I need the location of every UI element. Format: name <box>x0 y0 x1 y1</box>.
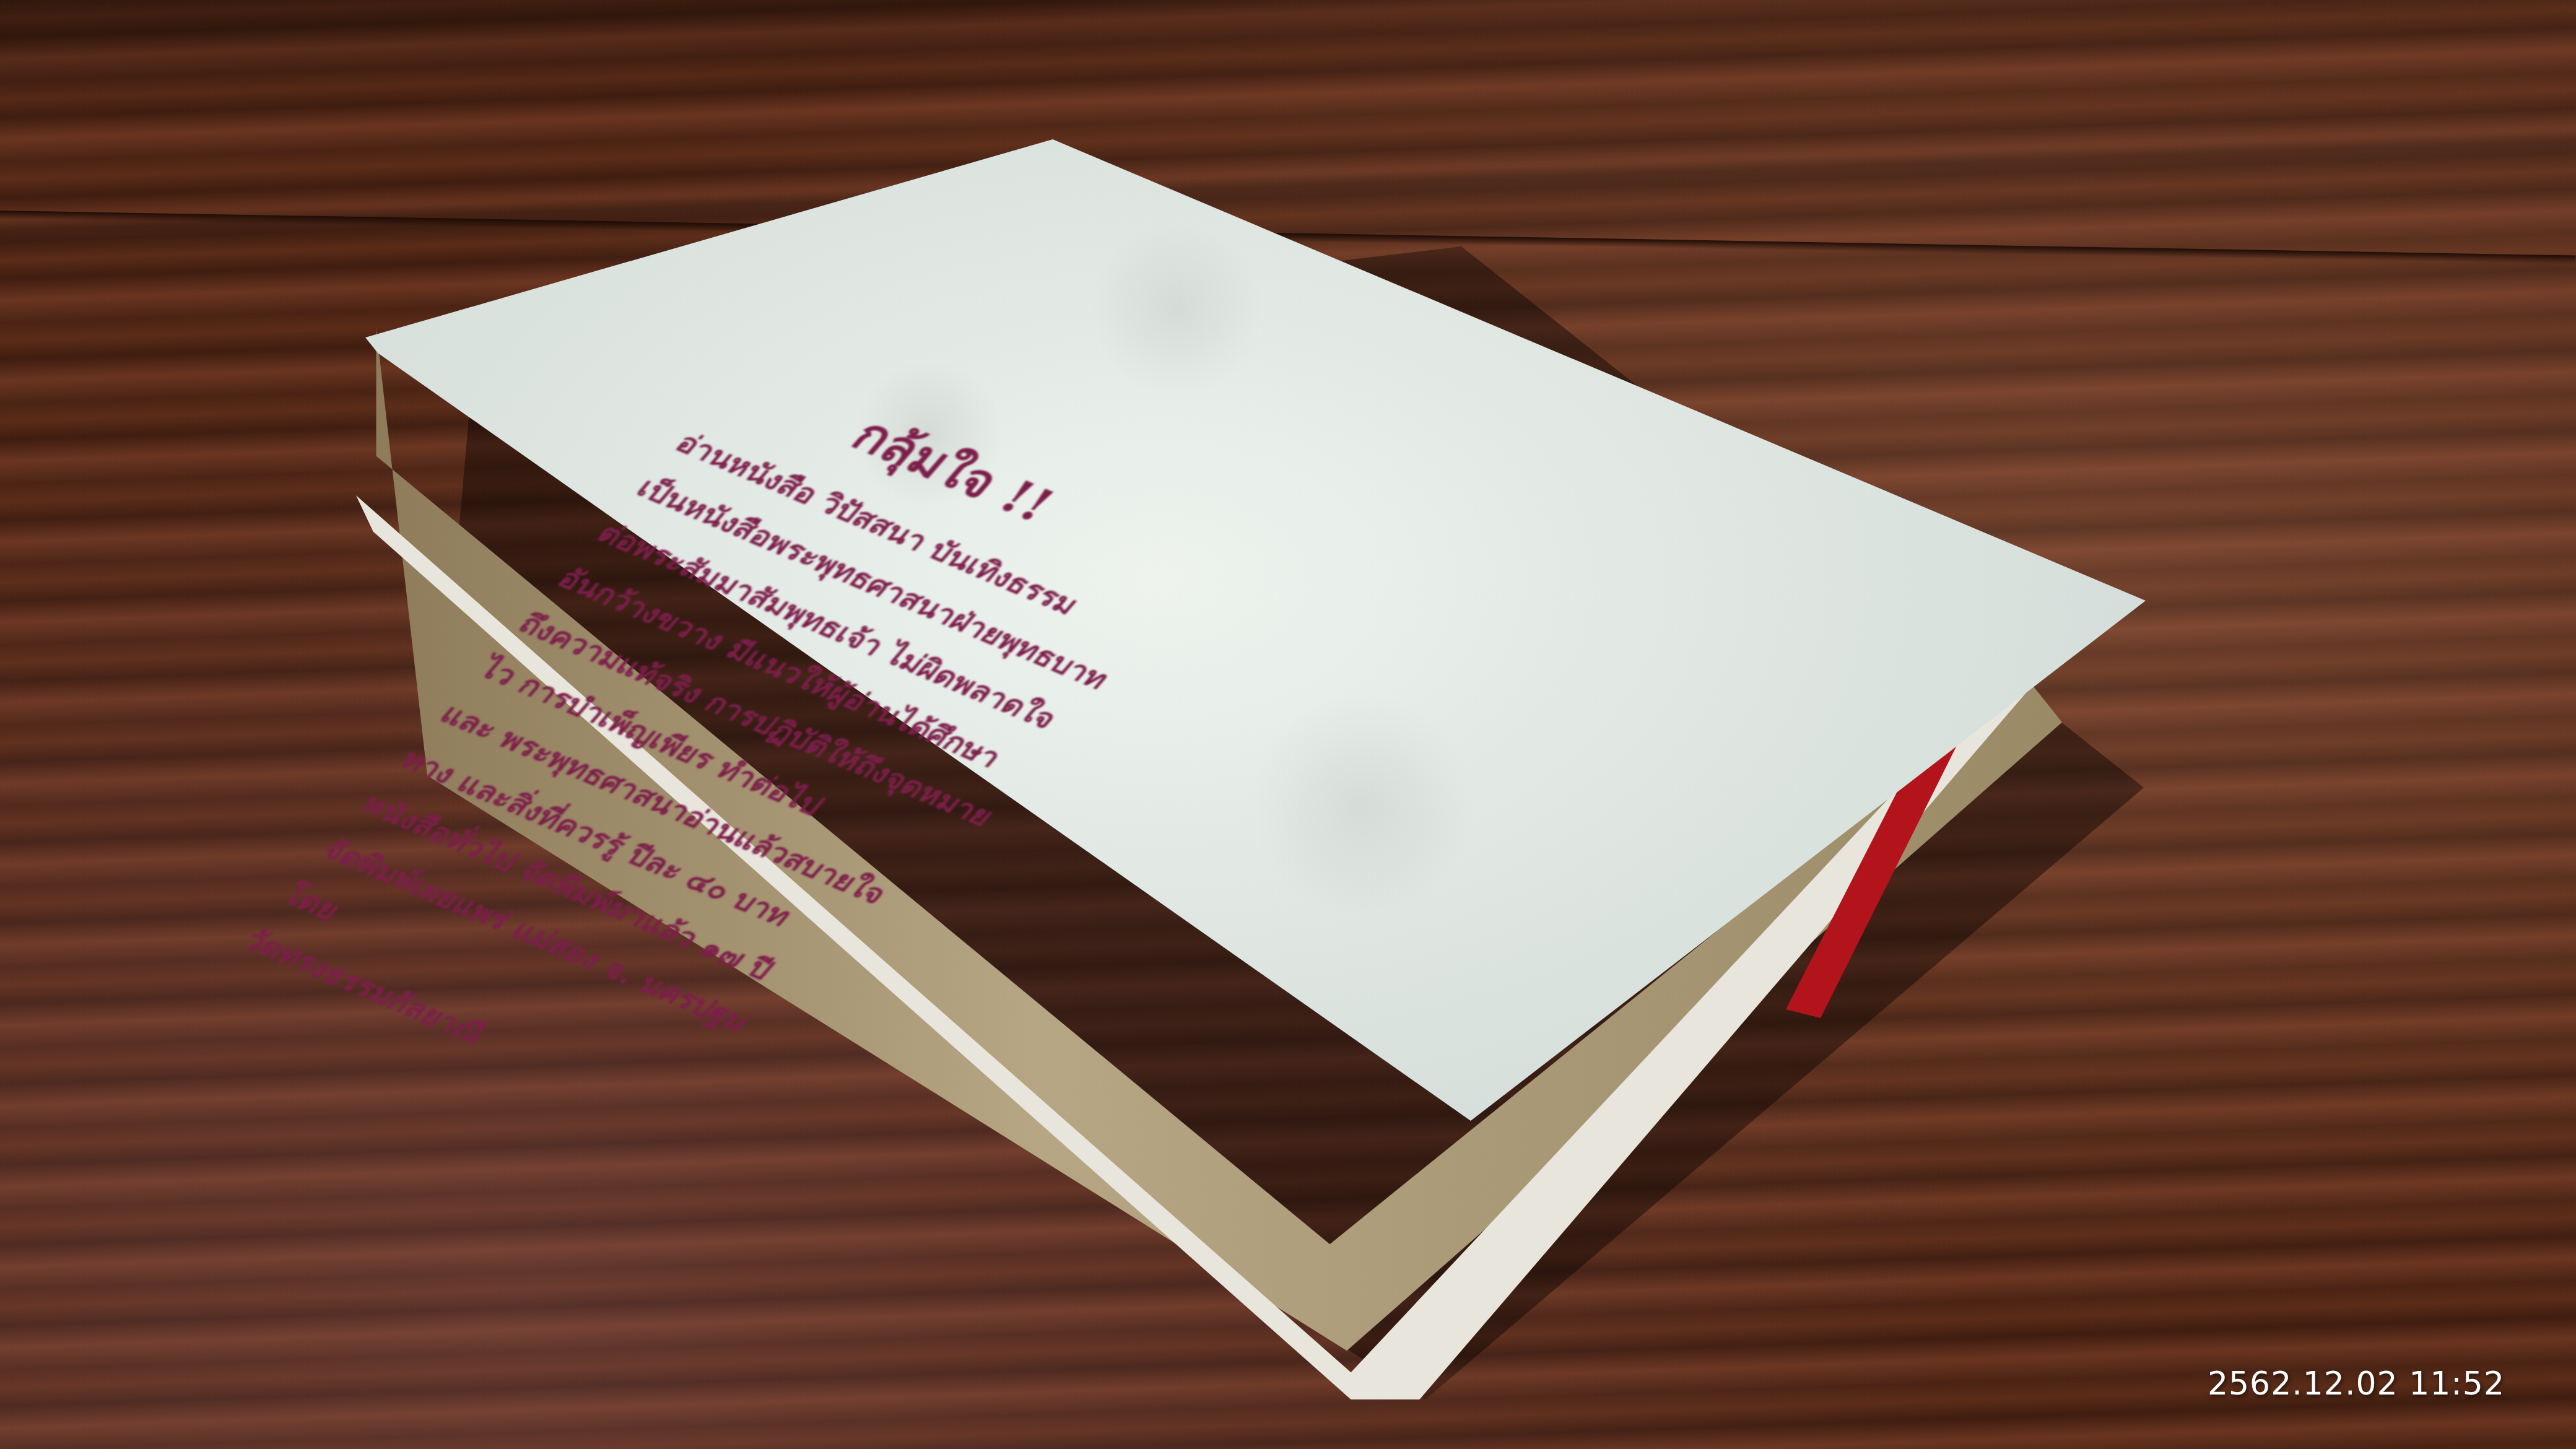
photo-timestamp: 2562.12.02 11:52 <box>2208 1365 2505 1403</box>
